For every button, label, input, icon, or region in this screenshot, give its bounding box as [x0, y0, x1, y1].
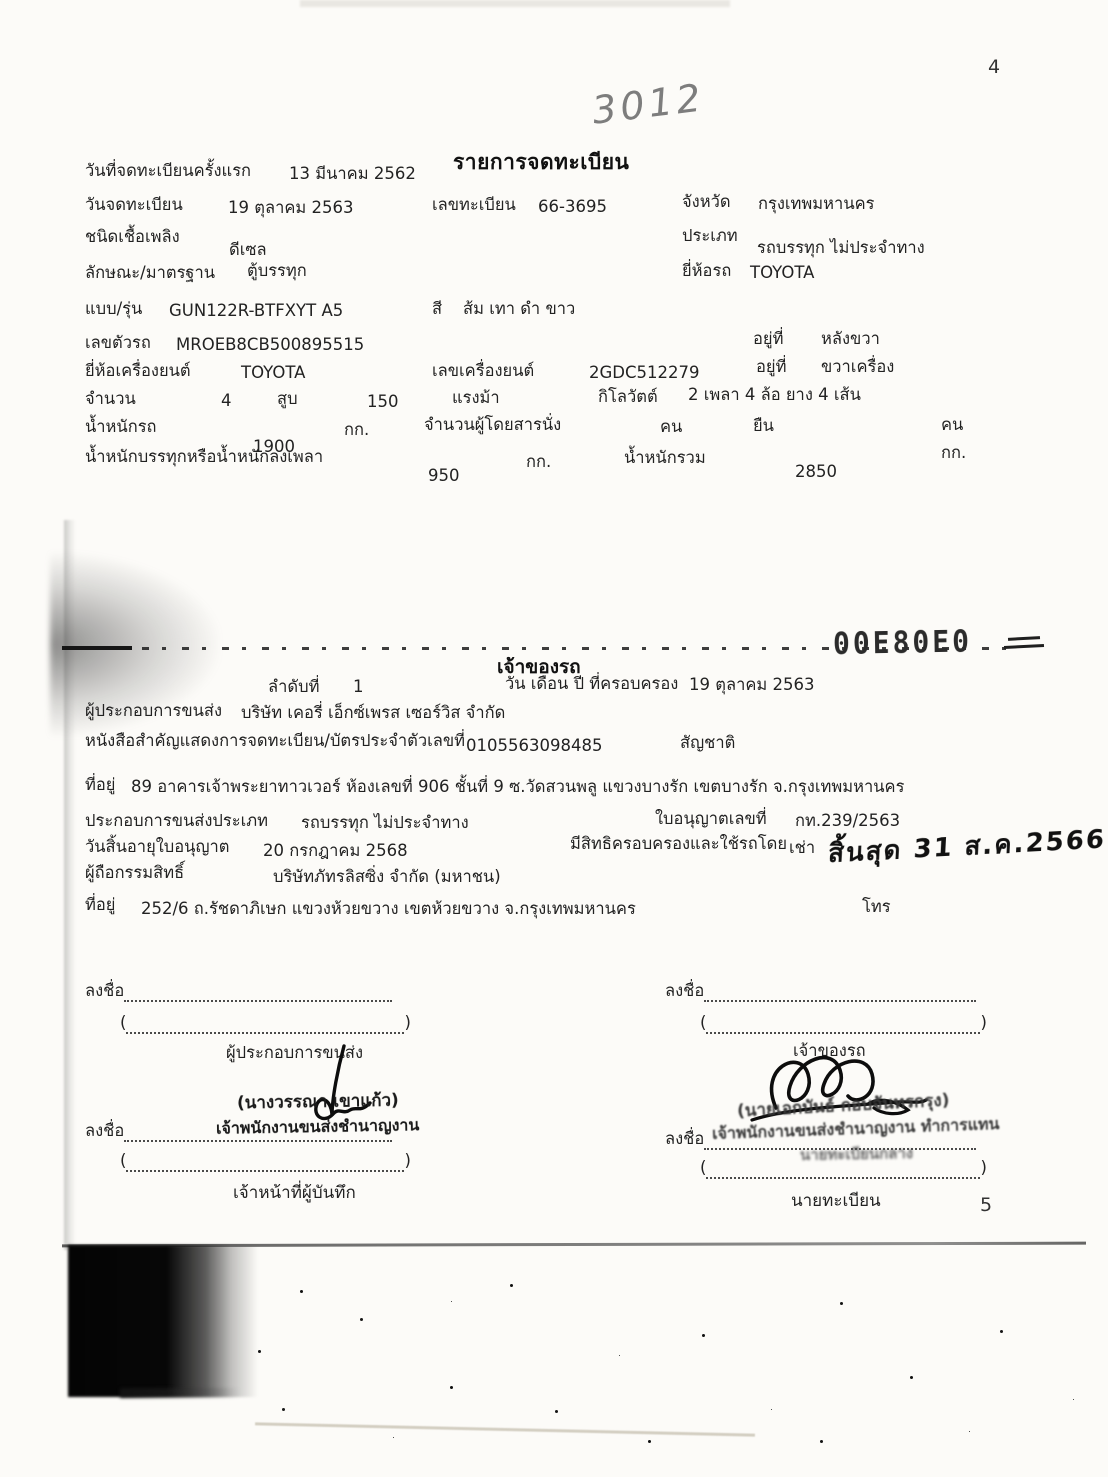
scan-faint-line	[255, 1422, 755, 1436]
gross-label: น้ำหนักรวม	[624, 448, 706, 469]
left-stamp-name: (นางวรรณา เขาแก้ว)	[237, 1091, 399, 1115]
brand-label: ยี่ห้อรถ	[682, 261, 731, 282]
load-label: น้ำหนักบรรทุกหรือน้ำหนักลงเพลา	[85, 447, 323, 468]
cyl-unit: สูบ	[277, 389, 298, 410]
chassis-pos-label: อยู่ที่	[753, 329, 783, 350]
paren-close: )	[404, 1151, 410, 1170]
name-line	[706, 1163, 980, 1179]
phone-label: โทร	[862, 897, 891, 918]
license-no: กท.239/2563	[795, 811, 900, 832]
engine-no: 2GDC512279	[589, 363, 700, 384]
chassis-label: เลขตัวรถ	[85, 333, 151, 354]
scanned-registration-document: 4 3012 รายการจดทะเบียน วันที่จดทะเบียนคร…	[0, 0, 1108, 1477]
handwritten-number: 3012	[590, 75, 707, 132]
hp-label: แรงม้า	[452, 388, 500, 409]
scan-black-block-tail	[120, 1388, 240, 1398]
name-line	[126, 1156, 404, 1172]
province: กรุงเทพมหานคร	[758, 194, 875, 215]
weight-label: น้ำหนักรถ	[85, 417, 157, 438]
province-label: จังหวัด	[682, 192, 731, 213]
order-label: ลำดับที่	[268, 677, 319, 698]
registrar-role-caption: นายทะเบียน	[791, 1191, 881, 1212]
license-expiry: 20 กรกฎาคม 2568	[263, 841, 408, 862]
body-label: ลักษณะ/มาตรฐาน	[85, 263, 215, 284]
lessor-address: 252/6 ถ.รัชดาภิเษก แขวงห้วยขวาง เขตห้วยข…	[141, 899, 636, 920]
brand: TOYOTA	[750, 263, 814, 284]
scan-black-block	[68, 1245, 258, 1397]
paren-close: )	[980, 1158, 986, 1177]
kg-unit-2: กก.	[526, 452, 551, 473]
model-label: แบบ/รุ่น	[85, 299, 142, 320]
sign-label-text: ลงชื่อ	[665, 1129, 704, 1148]
horsepower: 150	[367, 392, 399, 413]
first-reg-label: วันที่จดทะเบียนครั้งแรก	[85, 161, 251, 182]
model: GUN122R-BTFXYT A5	[169, 301, 343, 322]
sign-label-registrar: ลงชื่อ	[665, 1129, 976, 1150]
reg-date: 19 ตุลาคม 2563	[228, 198, 353, 219]
transport-type-label: ประกอบการขนส่งประเภท	[85, 811, 268, 832]
category: รถบรรทุก ไม่ประจำทาง	[757, 238, 925, 259]
engine-pos: ขวาเครื่อง	[821, 357, 894, 378]
operator-label: ผู้ประกอบการขนส่ง	[85, 701, 222, 722]
id-number: 0105563098485	[466, 736, 602, 757]
lessor-address-label: ที่อยู่	[85, 895, 115, 916]
page-number-top: 4	[988, 56, 1000, 78]
scan-mark-equals2	[1004, 644, 1044, 649]
paren-close: )	[404, 1013, 410, 1032]
name-line	[706, 1018, 980, 1034]
paren-line-operator: ()	[120, 1013, 411, 1034]
name-line	[126, 1018, 404, 1034]
engine-brand-label: ยี่ห้อเครื่องยนต์	[85, 361, 191, 382]
load-value: 950	[428, 466, 460, 487]
id-label: หนังสือสำคัญแสดงการจดทะเบียน/บัตรประจำตั…	[85, 731, 465, 752]
fuel-label: ชนิดเชื้อเพลิง	[85, 227, 180, 248]
sign-label-text: ลงชื่อ	[665, 981, 704, 1000]
document-title: รายการจดทะเบียน	[453, 146, 629, 179]
lessor-label: ผู้ถือกรรมสิทธิ์	[85, 863, 184, 884]
gross-value: 2850	[795, 462, 837, 483]
kg-unit-3: กก.	[941, 443, 966, 464]
scan-mark-equals	[1008, 636, 1040, 641]
possess-right-label: มีสิทธิครอบครองและใช้รถโดย	[570, 834, 787, 855]
operator-name: บริษัท เคอรี่ เอ็กซ์เพรส เซอร์วิส จำกัด	[241, 703, 505, 724]
sign-label-operator: ลงชื่อ	[85, 981, 392, 1002]
page-number-bottom: 5	[980, 1194, 992, 1216]
lessor-name: บริษัทภัทรลิสซิ่ง จำกัด (มหาชน)	[273, 867, 501, 888]
kg-unit-1: กก.	[344, 420, 369, 441]
color: ส้ม เทา ดำ ขาว	[463, 299, 575, 320]
scan-specks	[300, 1290, 303, 1293]
sign-label-text: ลงชื่อ	[85, 981, 124, 1000]
first-reg-date: 13 มีนาคม 2562	[289, 164, 416, 185]
signature-line	[704, 1134, 976, 1150]
color-label: สี	[432, 299, 442, 320]
signature-line	[124, 986, 392, 1002]
order-value: 1	[353, 677, 364, 698]
perforation-solid-start	[62, 646, 132, 650]
fuel: ดีเซล	[229, 240, 267, 261]
category-label: ประเภท	[682, 226, 738, 247]
scan-top-band	[300, 0, 730, 7]
paren-line-recorder: ()	[120, 1151, 411, 1172]
address-value: 89 อาคารเจ้าพระยาทาวเวอร์ ห้องเลขที่ 906…	[131, 777, 904, 798]
body: ตู้บรรทุก	[247, 261, 307, 282]
possess-date: 19 ตุลาคม 2563	[689, 675, 814, 696]
engine-pos-label: อยู่ที่	[756, 357, 786, 378]
axle-info: 2 เพลา 4 ล้อ ยาง 4 เส้น	[688, 385, 861, 406]
person-unit-2: คน	[941, 415, 963, 436]
signature-line	[704, 986, 976, 1002]
sign-label-owner: ลงชื่อ	[665, 981, 976, 1002]
cylinders-label: จำนวน	[85, 389, 136, 410]
engine-brand: TOYOTA	[241, 363, 305, 384]
cylinders: 4	[221, 391, 232, 412]
paren-close: )	[980, 1013, 986, 1032]
stand-label: ยืน	[753, 416, 774, 437]
left-stamp-title: เจ้าพนักงานขนส่งชำนาญงาน	[216, 1115, 420, 1139]
possess-right-value: เช่า	[789, 838, 815, 859]
possess-date-label: วัน เดือน ปี ที่ครอบครอง	[505, 674, 678, 695]
reg-no: 66-3695	[538, 197, 607, 218]
recorder-role-caption: เจ้าหน้าที่ผู้บันทึก	[233, 1183, 356, 1204]
sign-label-text: ลงชื่อ	[85, 1121, 124, 1140]
passenger-label: จำนวนผู้โดยสารนั่ง	[424, 415, 561, 436]
reg-no-label: เลขทะเบียน	[432, 195, 516, 216]
chassis-pos: หลังขวา	[821, 329, 880, 350]
nationality-label: สัญชาติ	[680, 733, 735, 754]
paren-line-registrar: ()	[700, 1158, 987, 1179]
kw-label: กิโลวัตต์	[598, 387, 658, 408]
license-expiry-label: วันสิ้นอายุใบอนุญาต	[85, 837, 230, 858]
reg-date-label: วันจดทะเบียน	[85, 195, 183, 216]
ocr-stamp: 00E80E0	[833, 623, 973, 661]
person-unit-1: คน	[660, 417, 682, 438]
paren-line-owner: ()	[700, 1013, 987, 1034]
license-label: ใบอนุญาตเลขที่	[655, 809, 767, 830]
engine-no-label: เลขเครื่องยนต์	[432, 361, 534, 382]
transport-type: รถบรรทุก ไม่ประจำทาง	[301, 813, 469, 834]
chassis: MROEB8CB500895515	[176, 335, 364, 356]
address-label: ที่อยู่	[85, 775, 115, 796]
